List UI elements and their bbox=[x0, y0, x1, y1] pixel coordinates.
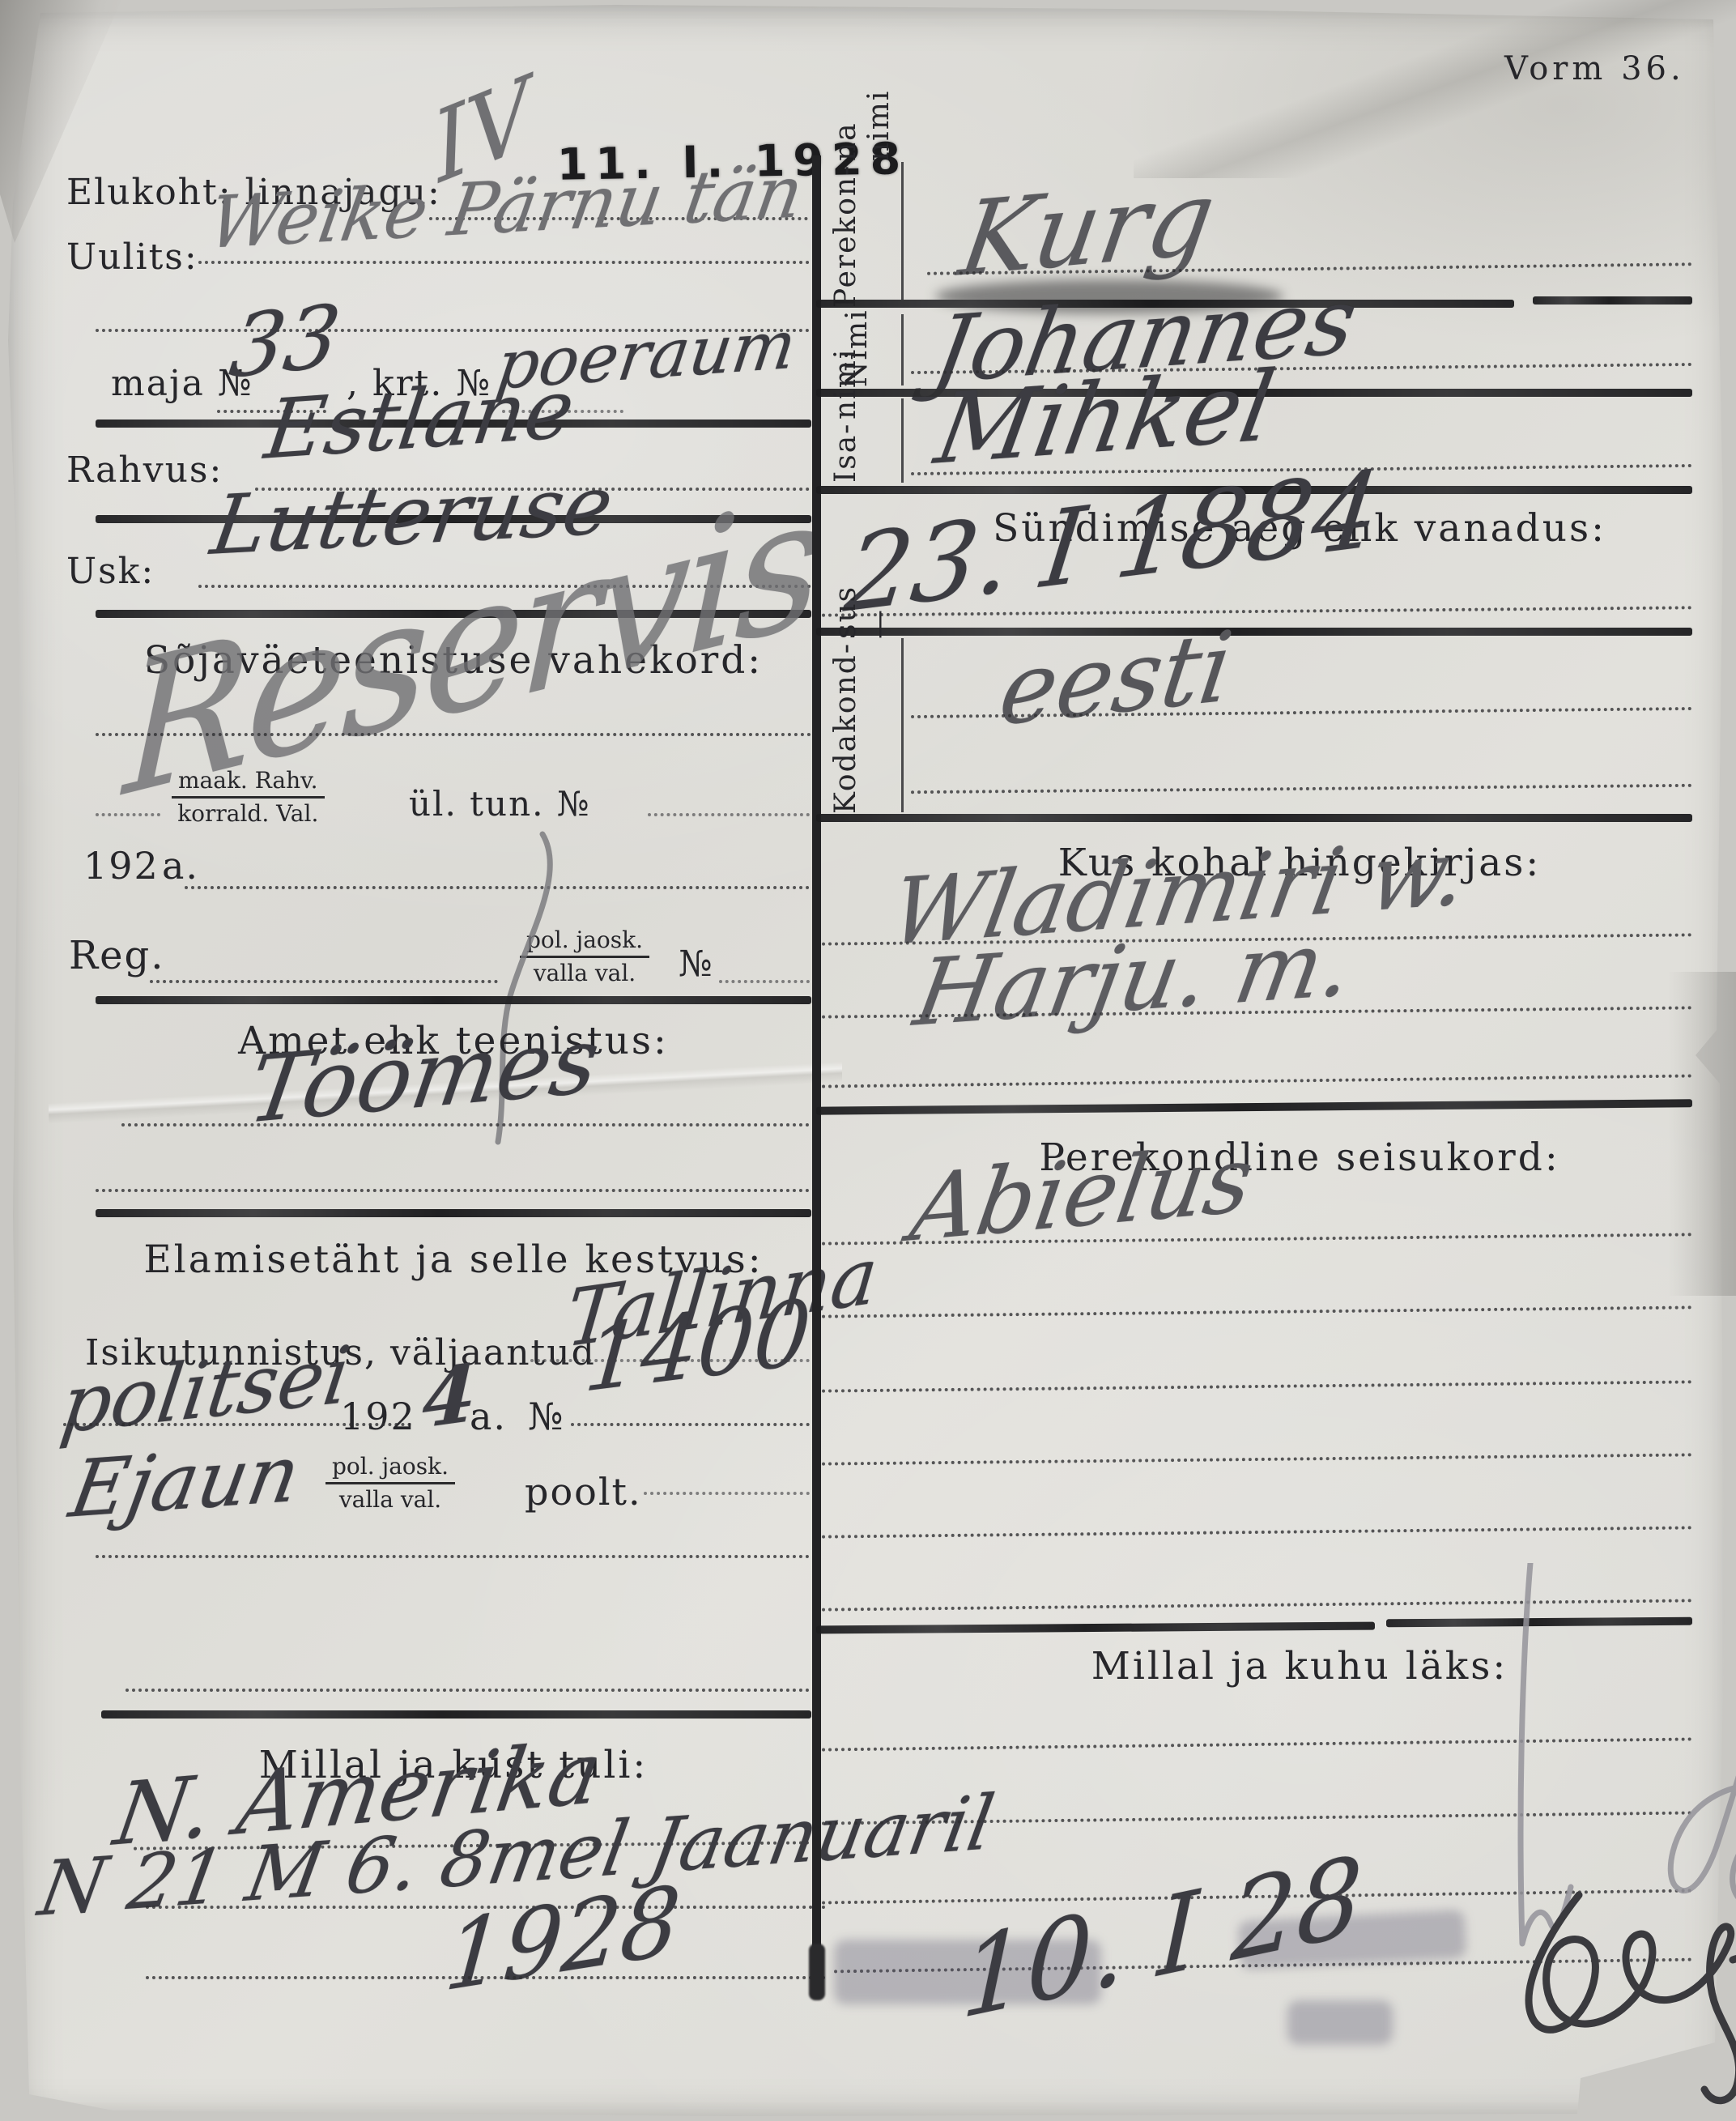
isik-ejaun-handwriting: Ejaun bbox=[65, 1434, 305, 1529]
pol-jaosk-fraction-2: pol. jaosk. valla val. bbox=[325, 1454, 455, 1513]
isanimi-label-line1: Isa- bbox=[829, 423, 862, 483]
dotted-line bbox=[96, 813, 160, 816]
isik-a-label: a. bbox=[470, 1395, 507, 1438]
rahvus-label: Rahvus: bbox=[66, 449, 223, 491]
pol-jaosk-bottom-2: valla val. bbox=[325, 1484, 455, 1513]
dotted-line bbox=[96, 1189, 810, 1192]
dotted-line bbox=[719, 980, 810, 983]
label-separator bbox=[901, 162, 904, 300]
label-separator bbox=[901, 398, 904, 483]
isanimi-label-line2: nimi bbox=[829, 347, 862, 419]
signature-scribble bbox=[1457, 1863, 1736, 2114]
reg-no-label: № bbox=[679, 943, 714, 985]
dotted-line bbox=[648, 813, 810, 816]
maak-rahv-fraction: maak. Rahv. korrald. Val. bbox=[172, 768, 325, 827]
kodakondsus-label-line1: Kodakond- bbox=[829, 642, 896, 814]
rahvus-value-handwriting: Estlane bbox=[261, 368, 579, 471]
dotted-line bbox=[644, 1492, 810, 1495]
label-separator bbox=[901, 314, 904, 385]
dotted-line bbox=[121, 1123, 810, 1127]
maak-rahv-bottom: korrald. Val. bbox=[172, 799, 325, 827]
ul-tun-label: ül. tun. № bbox=[409, 784, 591, 824]
scanned-form-vorm-36: Vorm 36. 11. I. 1928 Elukoht: linnajagu:… bbox=[0, 0, 1736, 2121]
dotted-line bbox=[96, 733, 811, 736]
divider-ink-blob bbox=[809, 1944, 825, 2000]
dotted-line bbox=[96, 1555, 810, 1558]
isanimi-value-handwriting: Mihkel bbox=[930, 357, 1281, 478]
section-rule bbox=[96, 1209, 811, 1217]
section-rule bbox=[816, 628, 1692, 636]
isik-no-label: № bbox=[528, 1395, 565, 1438]
dotted-line bbox=[198, 261, 810, 264]
year-192-label: 192 bbox=[83, 844, 160, 888]
dotted-line bbox=[571, 1423, 810, 1426]
poolt-label: poolt. bbox=[525, 1470, 642, 1514]
section-rule bbox=[1533, 296, 1692, 305]
column-divider bbox=[812, 155, 821, 1992]
isanimi-label: Isa- nimi bbox=[829, 402, 862, 483]
dotted-line bbox=[126, 1689, 810, 1692]
reg-label: Reg. bbox=[69, 933, 165, 978]
maak-rahv-top: maak. Rahv. bbox=[172, 768, 325, 799]
pol-jaosk-top-2: pol. jaosk. bbox=[325, 1454, 455, 1484]
dotted-line bbox=[146, 1976, 826, 1979]
form-number: Vorm 36. bbox=[1504, 50, 1685, 87]
uulits-label: Uulits: bbox=[66, 236, 198, 278]
maja-value-handwriting: 33 bbox=[225, 293, 345, 391]
kodakondsus-label-line2: sus— bbox=[829, 586, 896, 639]
usk-label: Usk: bbox=[66, 551, 155, 592]
faint-stamp bbox=[1287, 2000, 1393, 2045]
isik-no-value-handwriting: 1400 bbox=[581, 1287, 815, 1405]
year-a-label: a. bbox=[162, 844, 199, 888]
perekonnanimi-label-line1: Perekon- bbox=[829, 164, 896, 308]
kodakondsus-value-handwriting: eesti bbox=[994, 618, 1238, 739]
label-separator bbox=[901, 638, 904, 812]
section-rule bbox=[816, 814, 1692, 822]
dotted-line bbox=[63, 1423, 411, 1426]
section-rule bbox=[96, 996, 811, 1004]
perekonnanimi-label: Perekon- na nimi bbox=[829, 162, 896, 308]
perekonnanimi-label-line2: na nimi bbox=[829, 89, 896, 160]
isik-year-label: 192 bbox=[340, 1395, 416, 1438]
kodakondsus-label: Kodakond- sus— bbox=[829, 640, 896, 814]
section-rule bbox=[101, 1710, 811, 1719]
